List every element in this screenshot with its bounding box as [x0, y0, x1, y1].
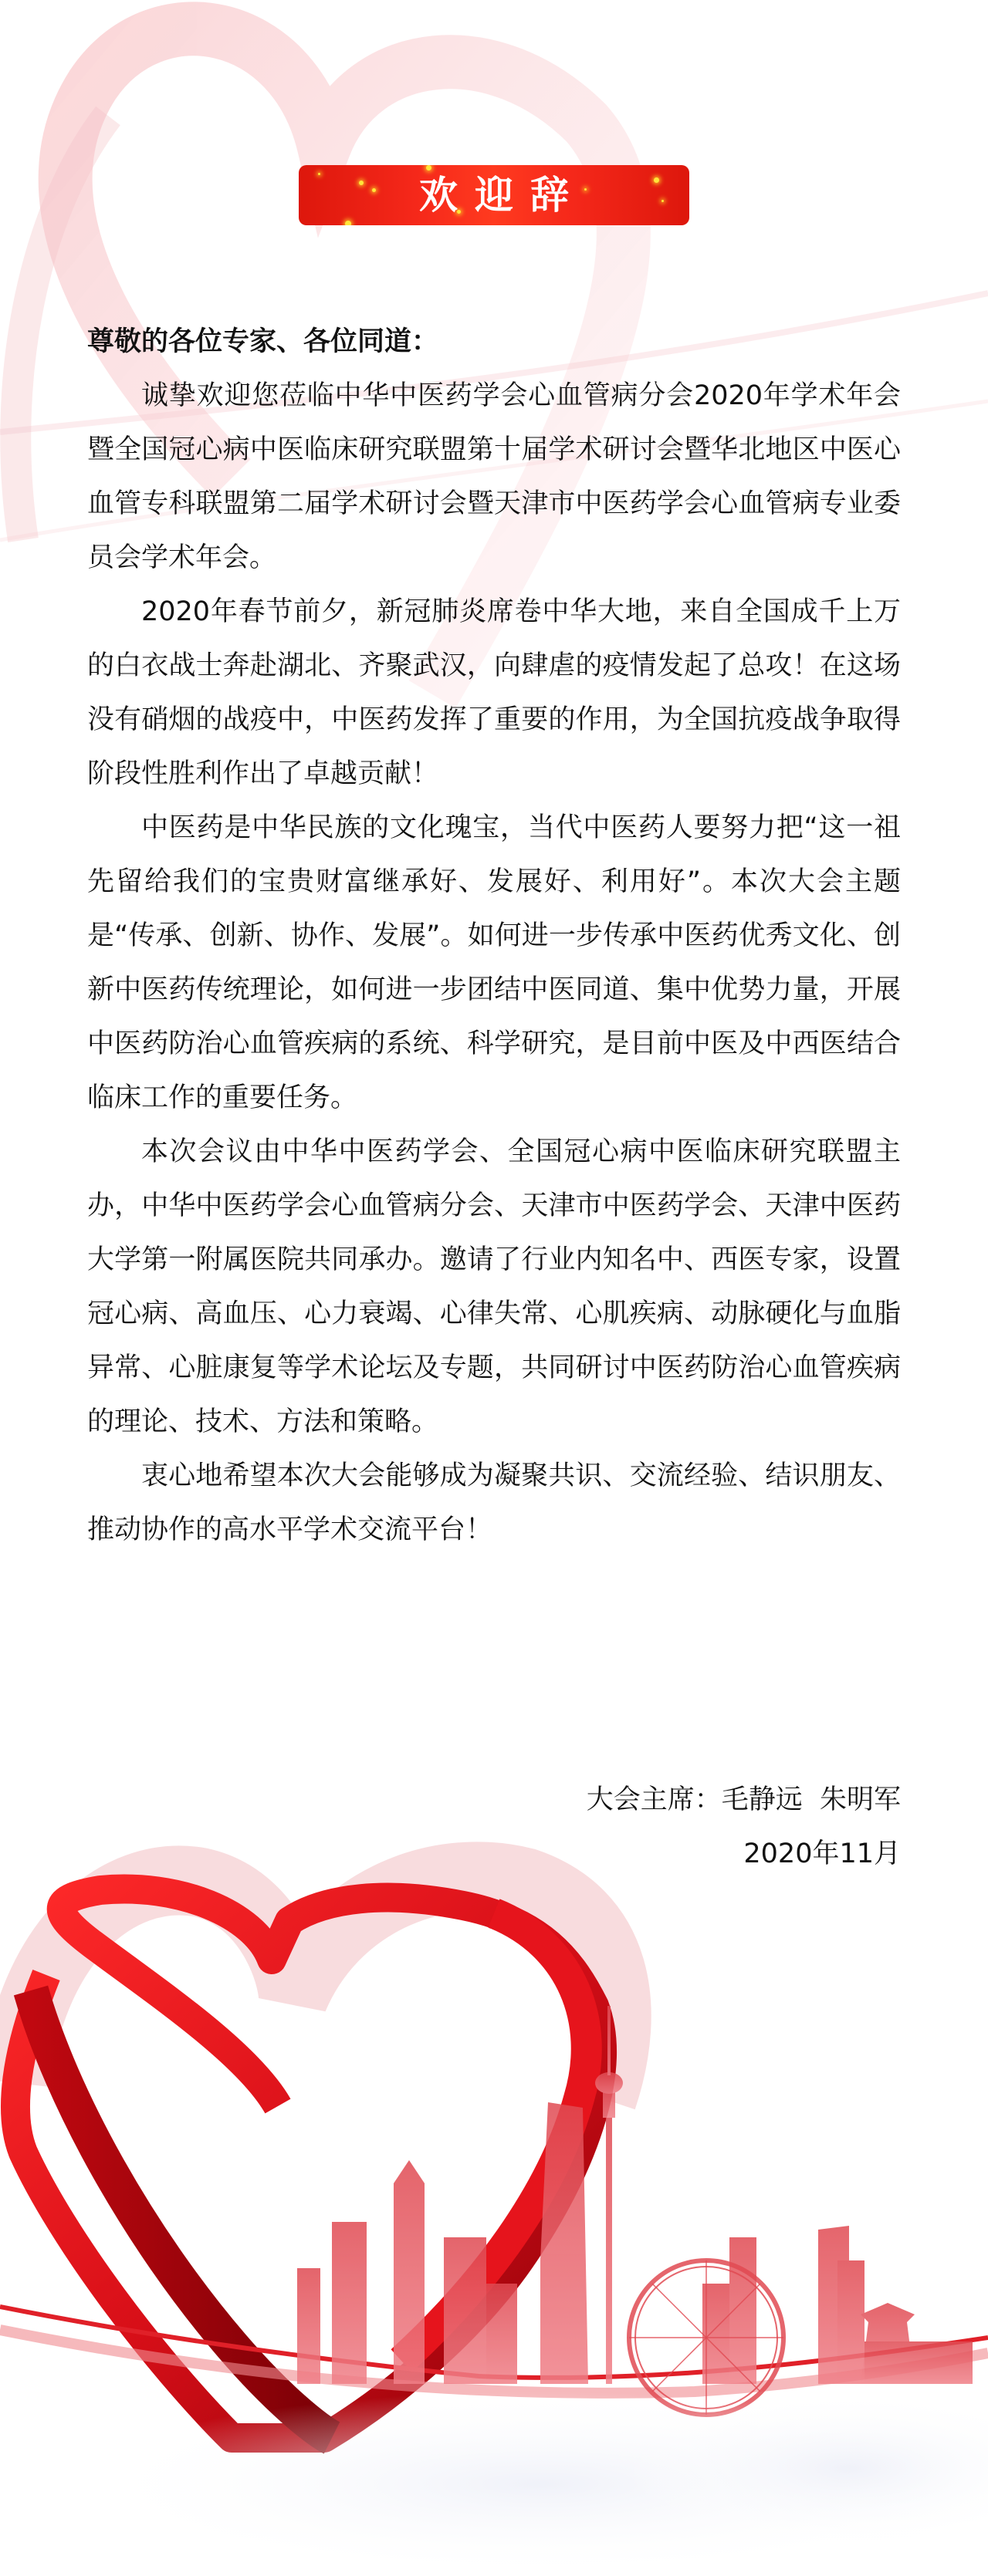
bottom-faded-heart: [15, 1876, 617, 2098]
sparkle-icon: [372, 188, 376, 192]
paragraph-pandemic: 2020年春节前夕，新冠肺炎席卷中华大地，来自全国成千上万的白衣战士奔赴湖北、齐…: [87, 585, 901, 801]
sparkle-icon: [345, 221, 351, 225]
paragraph-welcome: 诚挚欢迎您莅临中华中医药学会心血管病分会2020年学术年会暨全国冠心病中医临床研…: [87, 369, 901, 585]
red-ribbon-heart: [0, 1889, 988, 2438]
signature-block: 大会主席：毛静远 朱明军 2020年11月: [463, 1773, 901, 1881]
sparkle-icon: [359, 181, 364, 185]
letter-date: 2020年11月: [463, 1827, 901, 1881]
paragraph-theme: 中医药是中华民族的文化瑰宝，当代中医药人要努力把“这一祖先留给我们的宝贵财富继承…: [87, 801, 901, 1125]
paragraph-closing: 衷心地希望本次大会能够成为凝聚共识、交流经验、结识朋友、推动协作的高水平学术交流…: [87, 1449, 901, 1557]
title-banner: 欢迎辞: [299, 165, 689, 225]
sparkle-icon: [654, 177, 659, 183]
welcome-letter: 尊敬的各位专家、各位同道： 诚挚欢迎您莅临中华中医药学会心血管病分会2020年学…: [87, 315, 901, 1557]
banner-title: 欢迎辞: [402, 165, 586, 225]
ferris-wheel: [629, 2260, 783, 2415]
salutation: 尊敬的各位专家、各位同道：: [87, 315, 901, 369]
conference-chairs: 大会主席：毛静远 朱明军: [463, 1773, 901, 1827]
sparkle-icon: [318, 173, 320, 175]
city-skyline: [297, 2006, 973, 2384]
sparkle-icon: [661, 200, 664, 202]
paragraph-organizers: 本次会议由中华中医药学会、全国冠心病中医临床研究联盟主办，中华中医药学会心血管病…: [87, 1125, 901, 1449]
